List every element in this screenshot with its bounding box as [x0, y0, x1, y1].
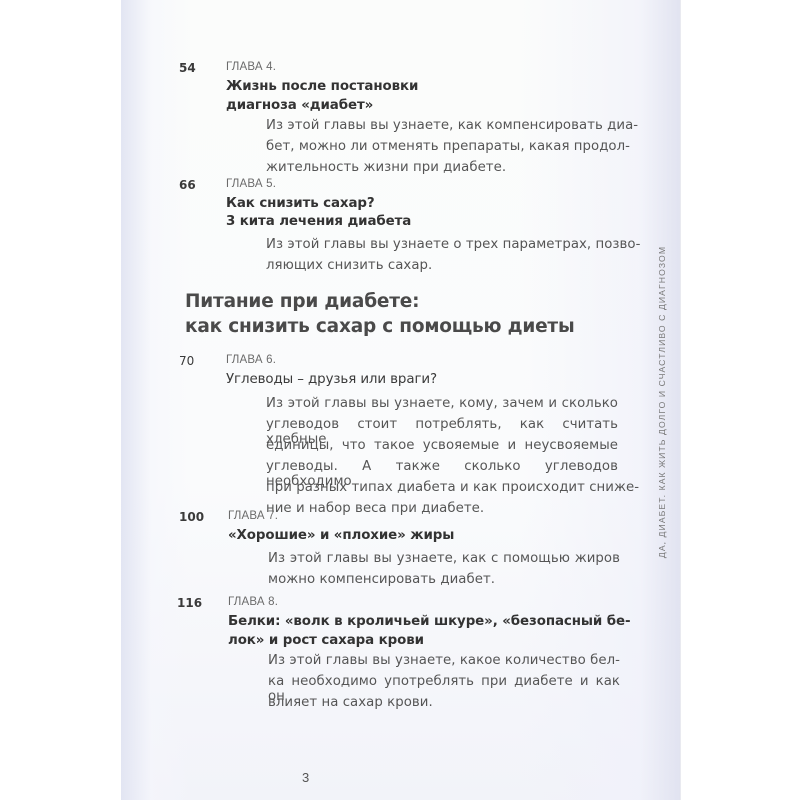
section-title-line: как снизить сахар с помощью диеты: [185, 316, 574, 337]
section-title-line: Питание при диабете:: [185, 291, 419, 312]
chapter-title-line: Как снизить сахар?: [226, 196, 375, 211]
chapter-description-line: ние и набор веса при диабете.: [266, 501, 484, 516]
chapter-title-line: Жизнь после постановки: [226, 79, 418, 94]
page-number: 3: [302, 770, 309, 785]
chapter-label: ГЛАВА 5.: [226, 178, 276, 190]
toc-page-number: 100: [179, 510, 204, 524]
chapter-description-line: ляющих снизить сахар.: [266, 258, 432, 273]
chapter-title-line: диагноза «диабет»: [226, 98, 373, 113]
book-page: 54 ГЛАВА 4. Жизнь после постановки диагн…: [121, 0, 680, 800]
chapter-description-line: Из этой главы вы узнаете, какое количест…: [268, 653, 620, 668]
chapter-description-line: при разных типах диабета и как происходи…: [266, 480, 639, 495]
chapter-description-line: Из этой главы вы узнаете, как с помощью …: [268, 551, 620, 566]
chapter-description-line: жительность жизни при диабете.: [266, 160, 506, 175]
chapter-title-line: 3 кита лечения диабета: [226, 214, 411, 229]
chapter-title-line: лок» и рост сахара крови: [228, 633, 424, 648]
toc-page-number: 54: [179, 61, 196, 75]
chapter-description-line: бет, можно ли отменять препараты, какая …: [266, 139, 630, 154]
chapter-title-line: «Хорошие» и «плохие» жиры: [228, 528, 454, 543]
chapter-label: ГЛАВА 8.: [228, 596, 278, 608]
chapter-label: ГЛАВА 6.: [226, 354, 276, 366]
chapter-label: ГЛАВА 4.: [226, 61, 276, 73]
toc-page-number: 116: [177, 596, 202, 610]
chapter-description-line: Из этой главы вы узнаете, как компенсиро…: [266, 118, 638, 133]
running-header-vertical: ДА, ДИАБЕТ. КАК ЖИТЬ ДОЛГО И СЧАСТЛИВО С…: [657, 246, 667, 558]
chapter-description-line: Из этой главы вы узнаете, кому, зачем и …: [266, 396, 618, 411]
chapter-description-line: влияет на сахар крови.: [268, 695, 433, 710]
chapter-description-line: единицы, что такое усвояемые и неусвояем…: [266, 438, 618, 453]
chapter-description-line: Из этой главы вы узнаете о трех параметр…: [266, 237, 640, 252]
chapter-description-line: можно компенсировать диабет.: [268, 572, 495, 587]
chapter-label: ГЛАВА 7.: [228, 510, 278, 522]
chapter-title-line: Белки: «волк в кроличьей шкуре», «безопа…: [228, 614, 630, 629]
toc-page-number: 66: [179, 178, 196, 192]
chapter-title-line: Углеводы – друзья или враги?: [226, 372, 437, 387]
toc-page-number: 70: [179, 354, 194, 368]
